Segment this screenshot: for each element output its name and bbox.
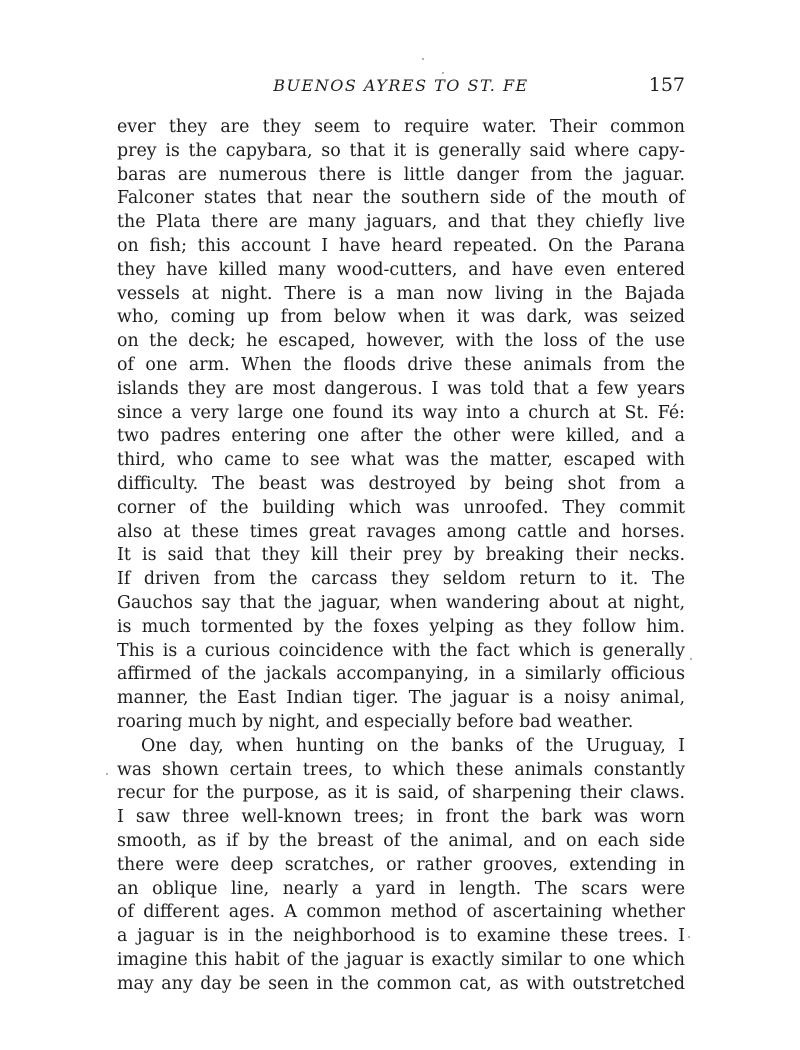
text-line: baras are numerous there is little dange… — [117, 164, 685, 188]
text-line: corner of the building which was unroofe… — [117, 497, 685, 521]
text-line: on fish; this account I have heard repea… — [117, 235, 685, 259]
page-number: 157 — [649, 74, 685, 96]
text-line: there were deep scratches, or rather gro… — [117, 854, 685, 878]
print-speck — [690, 658, 692, 660]
print-speck — [588, 985, 590, 987]
book-page: BUENOS AYRES TO ST. FE 157 ever they are… — [0, 0, 800, 1050]
text-line: Falconer states that near the southern s… — [117, 187, 685, 211]
text-line: since a very large one found its way int… — [117, 402, 685, 426]
paragraph-start-line: One day, when hunting on the banks of th… — [117, 735, 685, 759]
running-title: BUENOS AYRES TO ST. FE — [117, 76, 685, 95]
text-line: of one arm. When the floods drive these … — [117, 354, 685, 378]
text-line: of different ages. A common method of as… — [117, 901, 685, 925]
text-line: may any day be seen in the common cat, a… — [117, 973, 685, 997]
text-line: recur for the purpose, as it is said, of… — [117, 782, 685, 806]
text-line: islands they are most dangerous. I was t… — [117, 378, 685, 402]
text-line: the Plata there are many jaguars, and th… — [117, 211, 685, 235]
text-line: difficulty. The beast was destroyed by b… — [117, 473, 685, 497]
print-speck — [422, 58, 424, 60]
text-line: ever they are they seem to require water… — [117, 116, 685, 140]
text-line: they have killed many wood-cutters, and … — [117, 259, 685, 283]
text-line: affirmed of the jackals accompanying, in… — [117, 663, 685, 687]
text-line: If driven from the carcass they seldom r… — [117, 568, 685, 592]
text-line: is much tormented by the foxes yelping a… — [117, 616, 685, 640]
print-speck — [106, 773, 108, 775]
text-line: a jaguar is in the neighborhood is to ex… — [117, 925, 685, 949]
text-line: vessels at night. There is a man now liv… — [117, 283, 685, 307]
text-line: two padres entering one after the other … — [117, 425, 685, 449]
text-line: on the deck; he escaped, however, with t… — [117, 330, 685, 354]
paragraph-end-line: roaring much by night, and especially be… — [117, 711, 685, 735]
text-line: third, who came to see what was the matt… — [117, 449, 685, 473]
text-line: who, coming up from below when it was da… — [117, 306, 685, 330]
text-line: smooth, as if by the breast of the anima… — [117, 830, 685, 854]
body-text: ever they are they seem to require water… — [117, 116, 685, 996]
text-line: prey is the capybara, so that it is gene… — [117, 140, 685, 164]
text-line: I saw three well-known trees; in front t… — [117, 806, 685, 830]
text-line: manner, the East Indian tiger. The jagua… — [117, 687, 685, 711]
text-line: Gauchos say that the jaguar, when wander… — [117, 592, 685, 616]
text-line: an oblique line, nearly a yard in length… — [117, 878, 685, 902]
text-line: imagine this habit of the jaguar is exac… — [117, 949, 685, 973]
text-line: It is said that they kill their prey by … — [117, 544, 685, 568]
text-line: was shown certain trees, to which these … — [117, 759, 685, 783]
text-line: This is a curious coincidence with the f… — [117, 640, 685, 664]
print-speck — [688, 936, 690, 938]
text-line: also at these times great ravages among … — [117, 521, 685, 545]
running-head: BUENOS AYRES TO ST. FE 157 — [117, 74, 685, 100]
print-speck — [442, 72, 444, 74]
